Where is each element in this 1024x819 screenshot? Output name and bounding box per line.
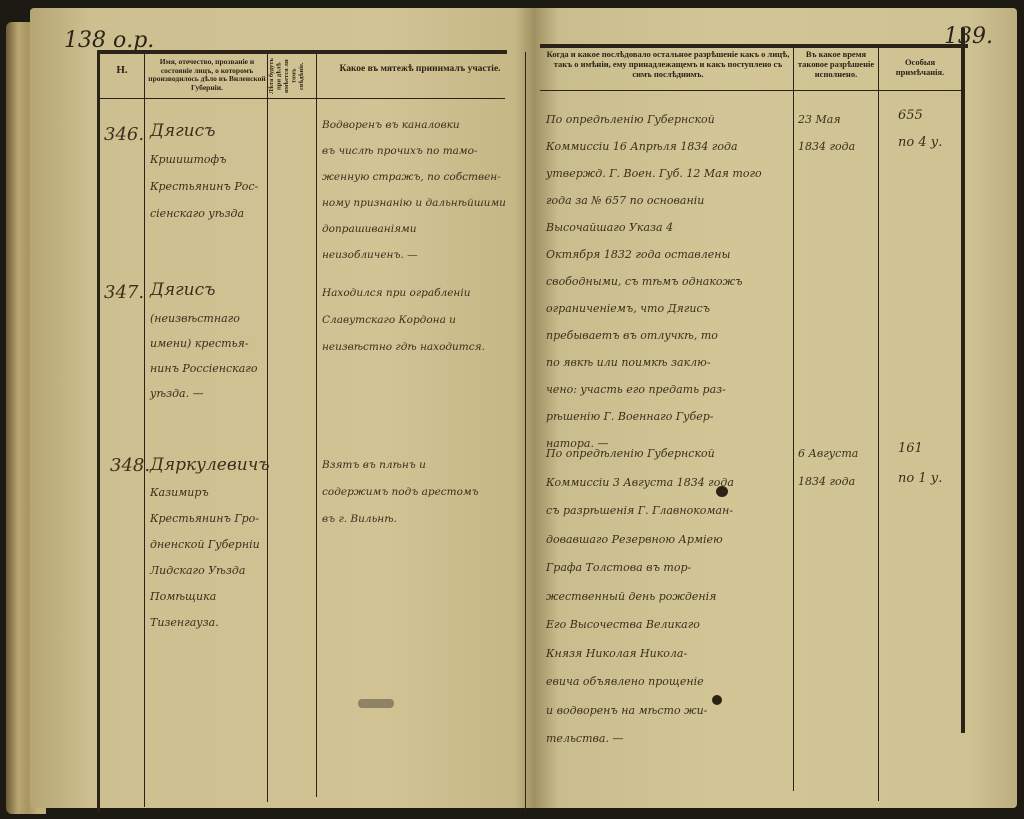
- entry-person: (неизвѣстнаго имени) крестья- нинъ Россі…: [150, 306, 268, 406]
- entry-surname: Дягисъ: [150, 275, 268, 305]
- paper-damage: [358, 699, 394, 708]
- header-number: Н.: [102, 64, 142, 77]
- entry-resolution: По опредѣленію Губернской Коммиссіи 16 А…: [546, 106, 792, 457]
- entry-person: Казимиръ Крестьянинъ Гро- дненской Губер…: [150, 480, 268, 636]
- entry-number: 348.: [110, 455, 150, 476]
- ink-spot: [712, 695, 722, 705]
- entry-participation: Находился при ограбленіи Славутскаго Кор…: [322, 280, 527, 361]
- entry-participation: Водворенъ въ каналовки въ числѣ прочихъ …: [322, 112, 527, 268]
- entry-participation: Взятъ въ плѣнъ и содержимъ подъ арестомъ…: [322, 452, 527, 533]
- col-rule: [793, 46, 794, 791]
- entry-person: Кршиштофъ Крестьянинъ Рос- сіенскаго уѣз…: [150, 146, 268, 227]
- header-years: Лѣта будуть при дѣлѣ имѣется ли томъ свѣ…: [268, 56, 314, 96]
- entry-resolution: По опредѣленію Губернской Коммиссіи 3 Ав…: [546, 440, 792, 754]
- header-bottom-rule: [540, 90, 965, 91]
- entry-number: 347.: [104, 282, 144, 303]
- entry-remarks: 161 по 1 у.: [898, 434, 958, 494]
- entry-remarks: 655 по 4 у.: [898, 102, 958, 156]
- entry-surname: Дягисъ: [150, 116, 268, 146]
- header-remarks: Особыя примѣчанія.: [880, 58, 960, 78]
- entry-executed: 6 Августа 1834 года: [798, 440, 878, 496]
- ledger-spread: 138 о.р. Н. Имя, отечество, прозваніе и …: [0, 0, 1024, 819]
- ink-spot: [716, 486, 728, 497]
- header-executed: Въ какое время таковое разрѣшеніе исполн…: [795, 50, 877, 79]
- col-rule: [144, 52, 145, 807]
- header-participation: Какое въ мятежѣ принималъ участіе.: [320, 64, 520, 75]
- entry-number: 346.: [104, 124, 144, 145]
- header-top-rule: [97, 50, 507, 54]
- left-border-rule: [97, 52, 100, 812]
- header-top-rule: [540, 44, 968, 48]
- col-rule: [878, 46, 879, 801]
- header-bottom-rule: [100, 98, 505, 99]
- entry-executed: 23 Мая 1834 года: [798, 106, 878, 160]
- header-name: Имя, отечество, прозваніе и состояніе ли…: [148, 58, 266, 93]
- entry-surname: Дяркулевичъ: [150, 450, 268, 480]
- col-rule: [316, 52, 317, 797]
- header-resolution: Когда и какое послѣдовало остальное разр…: [544, 50, 792, 79]
- right-border-rule: [961, 28, 965, 733]
